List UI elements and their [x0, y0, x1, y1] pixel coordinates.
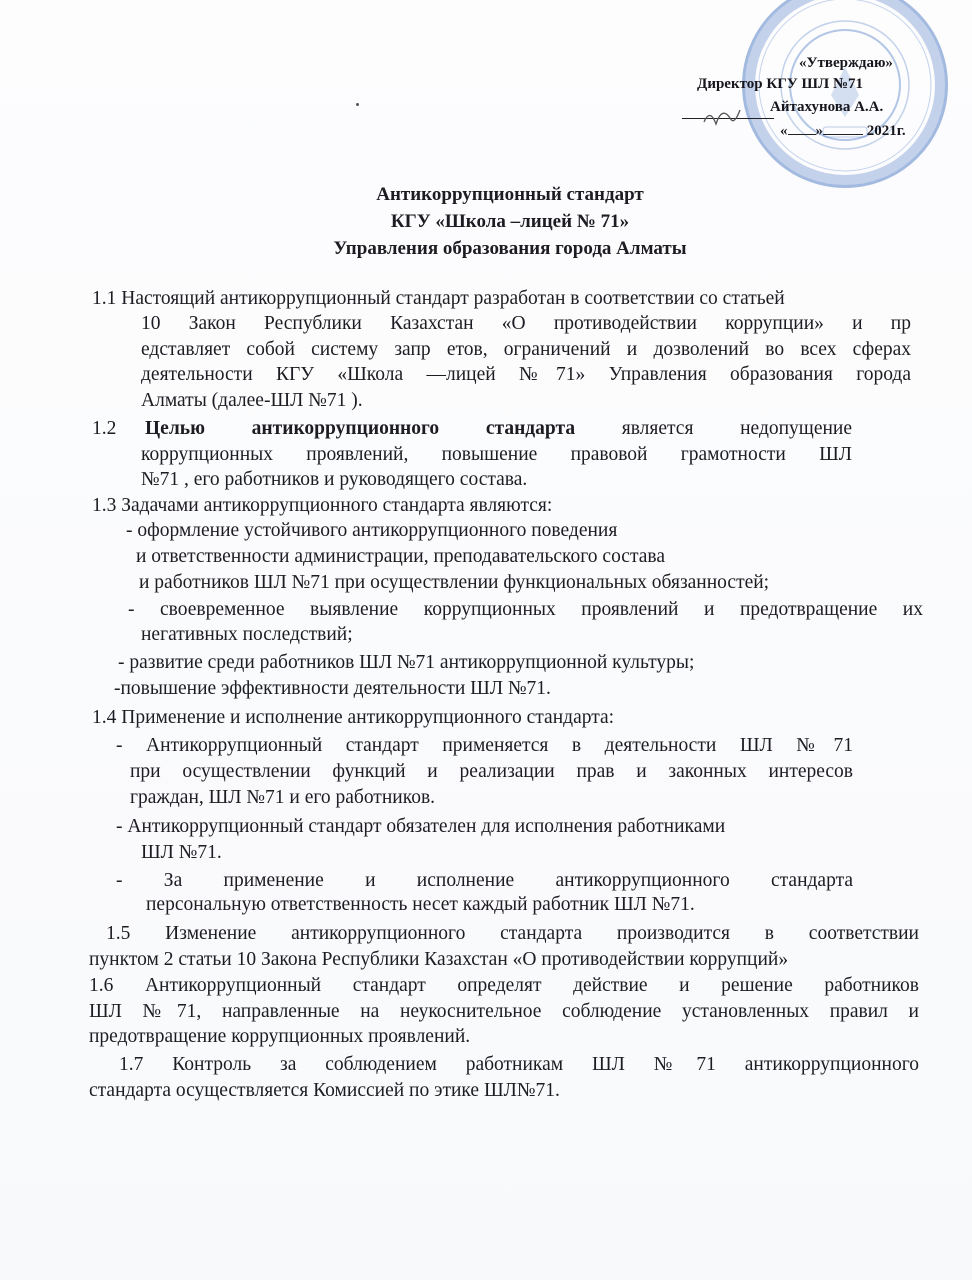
para-1-4-line-2: - Антикоррупционный стандарт применяется… — [116, 734, 853, 758]
para-1-3-line-1: 1.3 Задачами антикоррупционного стандарт… — [92, 494, 552, 518]
doc-org: КГУ «Школа –лицей № 71» — [0, 210, 972, 234]
approval-date: «» 2021г. — [780, 122, 906, 140]
approval-label: «Утверждаю» — [799, 54, 893, 72]
para-1-4-line-3: при осуществлении функций и реализации п… — [130, 760, 853, 784]
para-1-6-line-1: 1.6 Антикоррупционный стандарт определят… — [89, 974, 919, 998]
para-1-1-line-5: Алматы (далее-ШЛ №71 ). — [141, 389, 363, 413]
approval-name: Айтахунова А.А. — [770, 98, 883, 116]
para-1-7-line-2: стандарта осуществляется Комиссией по эт… — [89, 1079, 560, 1103]
para-1-4-line-7: - За применение и исполнение антикоррупц… — [116, 869, 853, 893]
para-1-6-line-2: ШЛ №71, направленные на неукоснительное … — [89, 1000, 919, 1024]
date-quote-close: » — [816, 123, 824, 139]
para-1-4-line-5: - Антикоррупционный стандарт обязателен … — [116, 815, 725, 839]
para-1-3-line-7: - развитие среди работников ШЛ №71 антик… — [118, 651, 694, 675]
document-page: «Утверждаю» Директор КГУ ШЛ №71 Айтахуно… — [0, 0, 972, 1280]
signature-icon — [700, 100, 760, 130]
para-1-2-number: 1.2 — [92, 417, 116, 441]
para-1-2-line-2: коррупционных проявлений, повышение прав… — [141, 443, 852, 467]
para-1-3-line-5: - своевременное выявление коррупционных … — [128, 598, 923, 622]
para-1-3-line-2: - оформление устойчивого антикоррупционн… — [126, 519, 617, 543]
para-1-2-bold: Целью антикоррупционного стандарта — [145, 418, 575, 439]
approval-director: Директор КГУ ШЛ №71 — [697, 75, 863, 93]
date-quote-open: « — [780, 123, 788, 139]
para-1-2-line-3: №71 , его работников и руководящего сост… — [141, 468, 527, 492]
doc-title: Антикоррупционный стандарт — [0, 183, 972, 207]
para-1-3-line-4: и работников ШЛ №71 при осуществлении фу… — [139, 571, 769, 595]
para-1-2-rest: является недопущение — [622, 418, 852, 439]
para-1-1-line-4: деятельности КГУ «Школа —лицей №71» Упра… — [141, 363, 911, 387]
para-1-5-line-2: пунктом 2 статьи 10 Закона Республики Ка… — [89, 948, 788, 972]
para-1-4-line-6: ШЛ №71. — [141, 841, 222, 865]
para-1-1-line-3: едставляет собой систему запр етов, огра… — [141, 338, 911, 362]
para-1-1-line-1: 1.1 Настоящий антикоррупционный стандарт… — [92, 287, 785, 311]
para-1-2-line-1: Целью антикоррупционного стандарта являе… — [145, 417, 852, 441]
speck — [356, 103, 359, 106]
para-1-1-line-2: 10 Закон Республики Казахстан «О противо… — [141, 312, 911, 336]
para-1-3-line-6: негативных последствий; — [141, 623, 353, 647]
para-1-6-line-3: предотвращение коррупционных проявлений. — [89, 1025, 470, 1049]
para-1-7-line-1: 1.7 Контроль за соблюдением работникам Ш… — [119, 1053, 919, 1077]
para-1-4-line-4: граждан, ШЛ №71 и его работников. — [130, 786, 435, 810]
para-1-3-line-3: и ответственности администрации, препода… — [136, 545, 665, 569]
para-1-4-line-8: персональную ответственность несет кажды… — [146, 893, 695, 917]
official-stamp — [742, 0, 948, 188]
para-1-5-line-1: 1.5 Изменение антикоррупционного стандар… — [106, 922, 919, 946]
doc-subtitle: Управления образования города Алматы — [0, 237, 972, 261]
para-1-3-line-8: -повышение эффективности деятельности ШЛ… — [114, 677, 551, 701]
date-year: 2021г. — [867, 123, 906, 139]
para-1-4-line-1: 1.4 Применение и исполнение антикоррупци… — [92, 706, 614, 730]
